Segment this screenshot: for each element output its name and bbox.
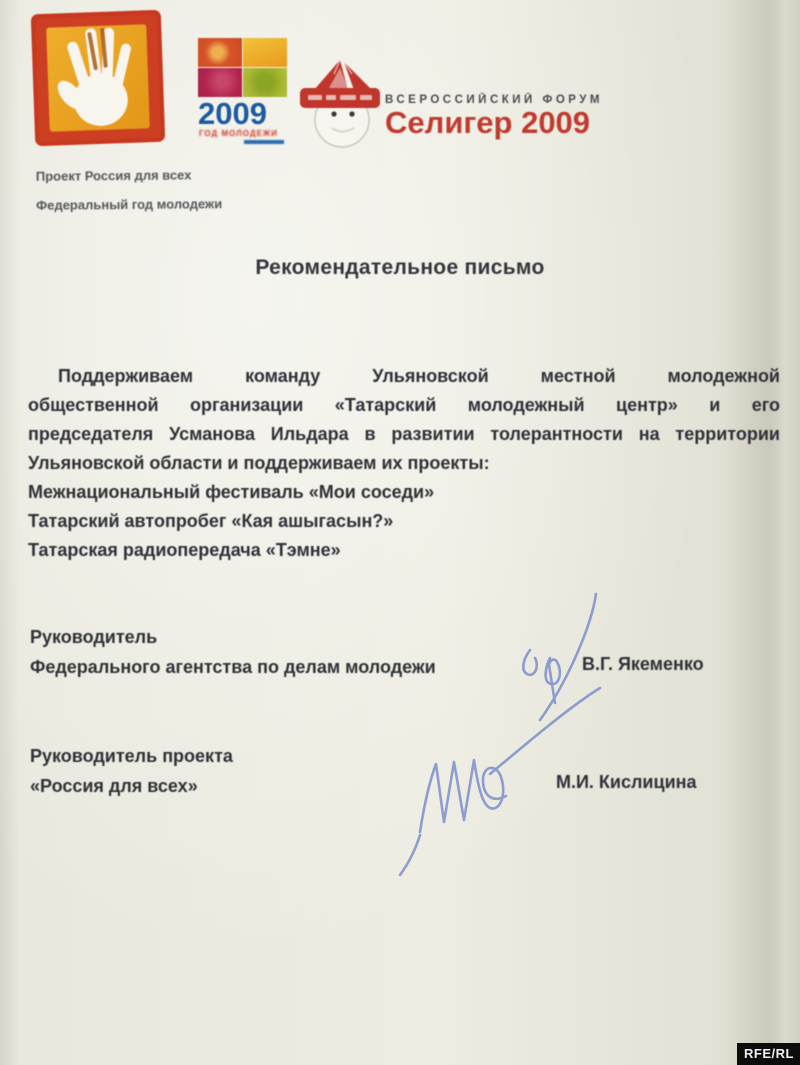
header-lines: Проект Россия для всех Федеральный год м…: [36, 167, 223, 227]
seliger-wordmark: ВСЕРОССИЙСКИЙ ФОРУМ Селигер 2009: [385, 94, 603, 139]
grid-square-magenta: [198, 68, 242, 97]
handwritten-signatures-ink: [380, 580, 620, 880]
handprint-logo-graphic: [28, 6, 168, 152]
signer-role-line: «Россия для всех»: [30, 771, 233, 801]
handprint-logo: [28, 6, 168, 157]
project-line: Проект Россия для всех: [36, 167, 222, 184]
letter-photo: 2009 год молодежи ВСЕРОССИЙСКИЙ ФОРУМ: [0, 0, 800, 1065]
year-2009-text: 2009: [198, 99, 288, 129]
project-item: Татарская радиопередача «Тэмне»: [28, 536, 780, 565]
grid-square-yellow: [243, 38, 287, 67]
federal-year-line: Федеральный год молодежи: [36, 196, 222, 213]
paragraph-line: председателя Усманова Ильдара в развитии…: [28, 420, 780, 449]
project-item: Межнациональный фестиваль «Мои соседи»: [28, 478, 780, 507]
paragraph-line: общественной организации «Татарский моло…: [28, 391, 780, 420]
signature-block-kislitsina: Руководитель проекта «Россия для всех»: [30, 741, 233, 801]
signer-role-line: Руководитель: [30, 622, 436, 652]
signer-role-line: Руководитель проекта: [30, 741, 233, 771]
project-item: Татарский автопробег «Кая ашыгасын?»: [28, 507, 780, 536]
grid-square-leaf: [243, 68, 287, 97]
signature-block-yakemenko: Руководитель Федерального агентства по д…: [30, 622, 436, 682]
year-2009-color-grid: [198, 38, 288, 97]
year-2009-blue-bar: [244, 140, 284, 144]
letter-title: Рекомендательное письмо: [0, 256, 800, 280]
letter-body: Поддерживаем команду Ульяновской местной…: [28, 362, 780, 565]
paragraph-line: Ульяновской области и поддерживаем их пр…: [28, 449, 780, 478]
paragraph-line: Поддерживаем команду Ульяновской местной…: [28, 362, 780, 391]
signer-role-line: Федерального агентства по делам молодежи: [30, 652, 436, 682]
rferl-watermark: RFE/RL: [737, 1043, 800, 1065]
year-2009-subtitle: год молодежи: [199, 129, 288, 138]
seliger-smiley-graphic: [296, 56, 384, 156]
grid-square-spiral: [198, 38, 242, 67]
year-2009-logo: 2009 год молодежи: [196, 38, 288, 144]
seliger-smiley-icon: [296, 56, 384, 161]
seliger-title: Селигер 2009: [385, 107, 603, 139]
